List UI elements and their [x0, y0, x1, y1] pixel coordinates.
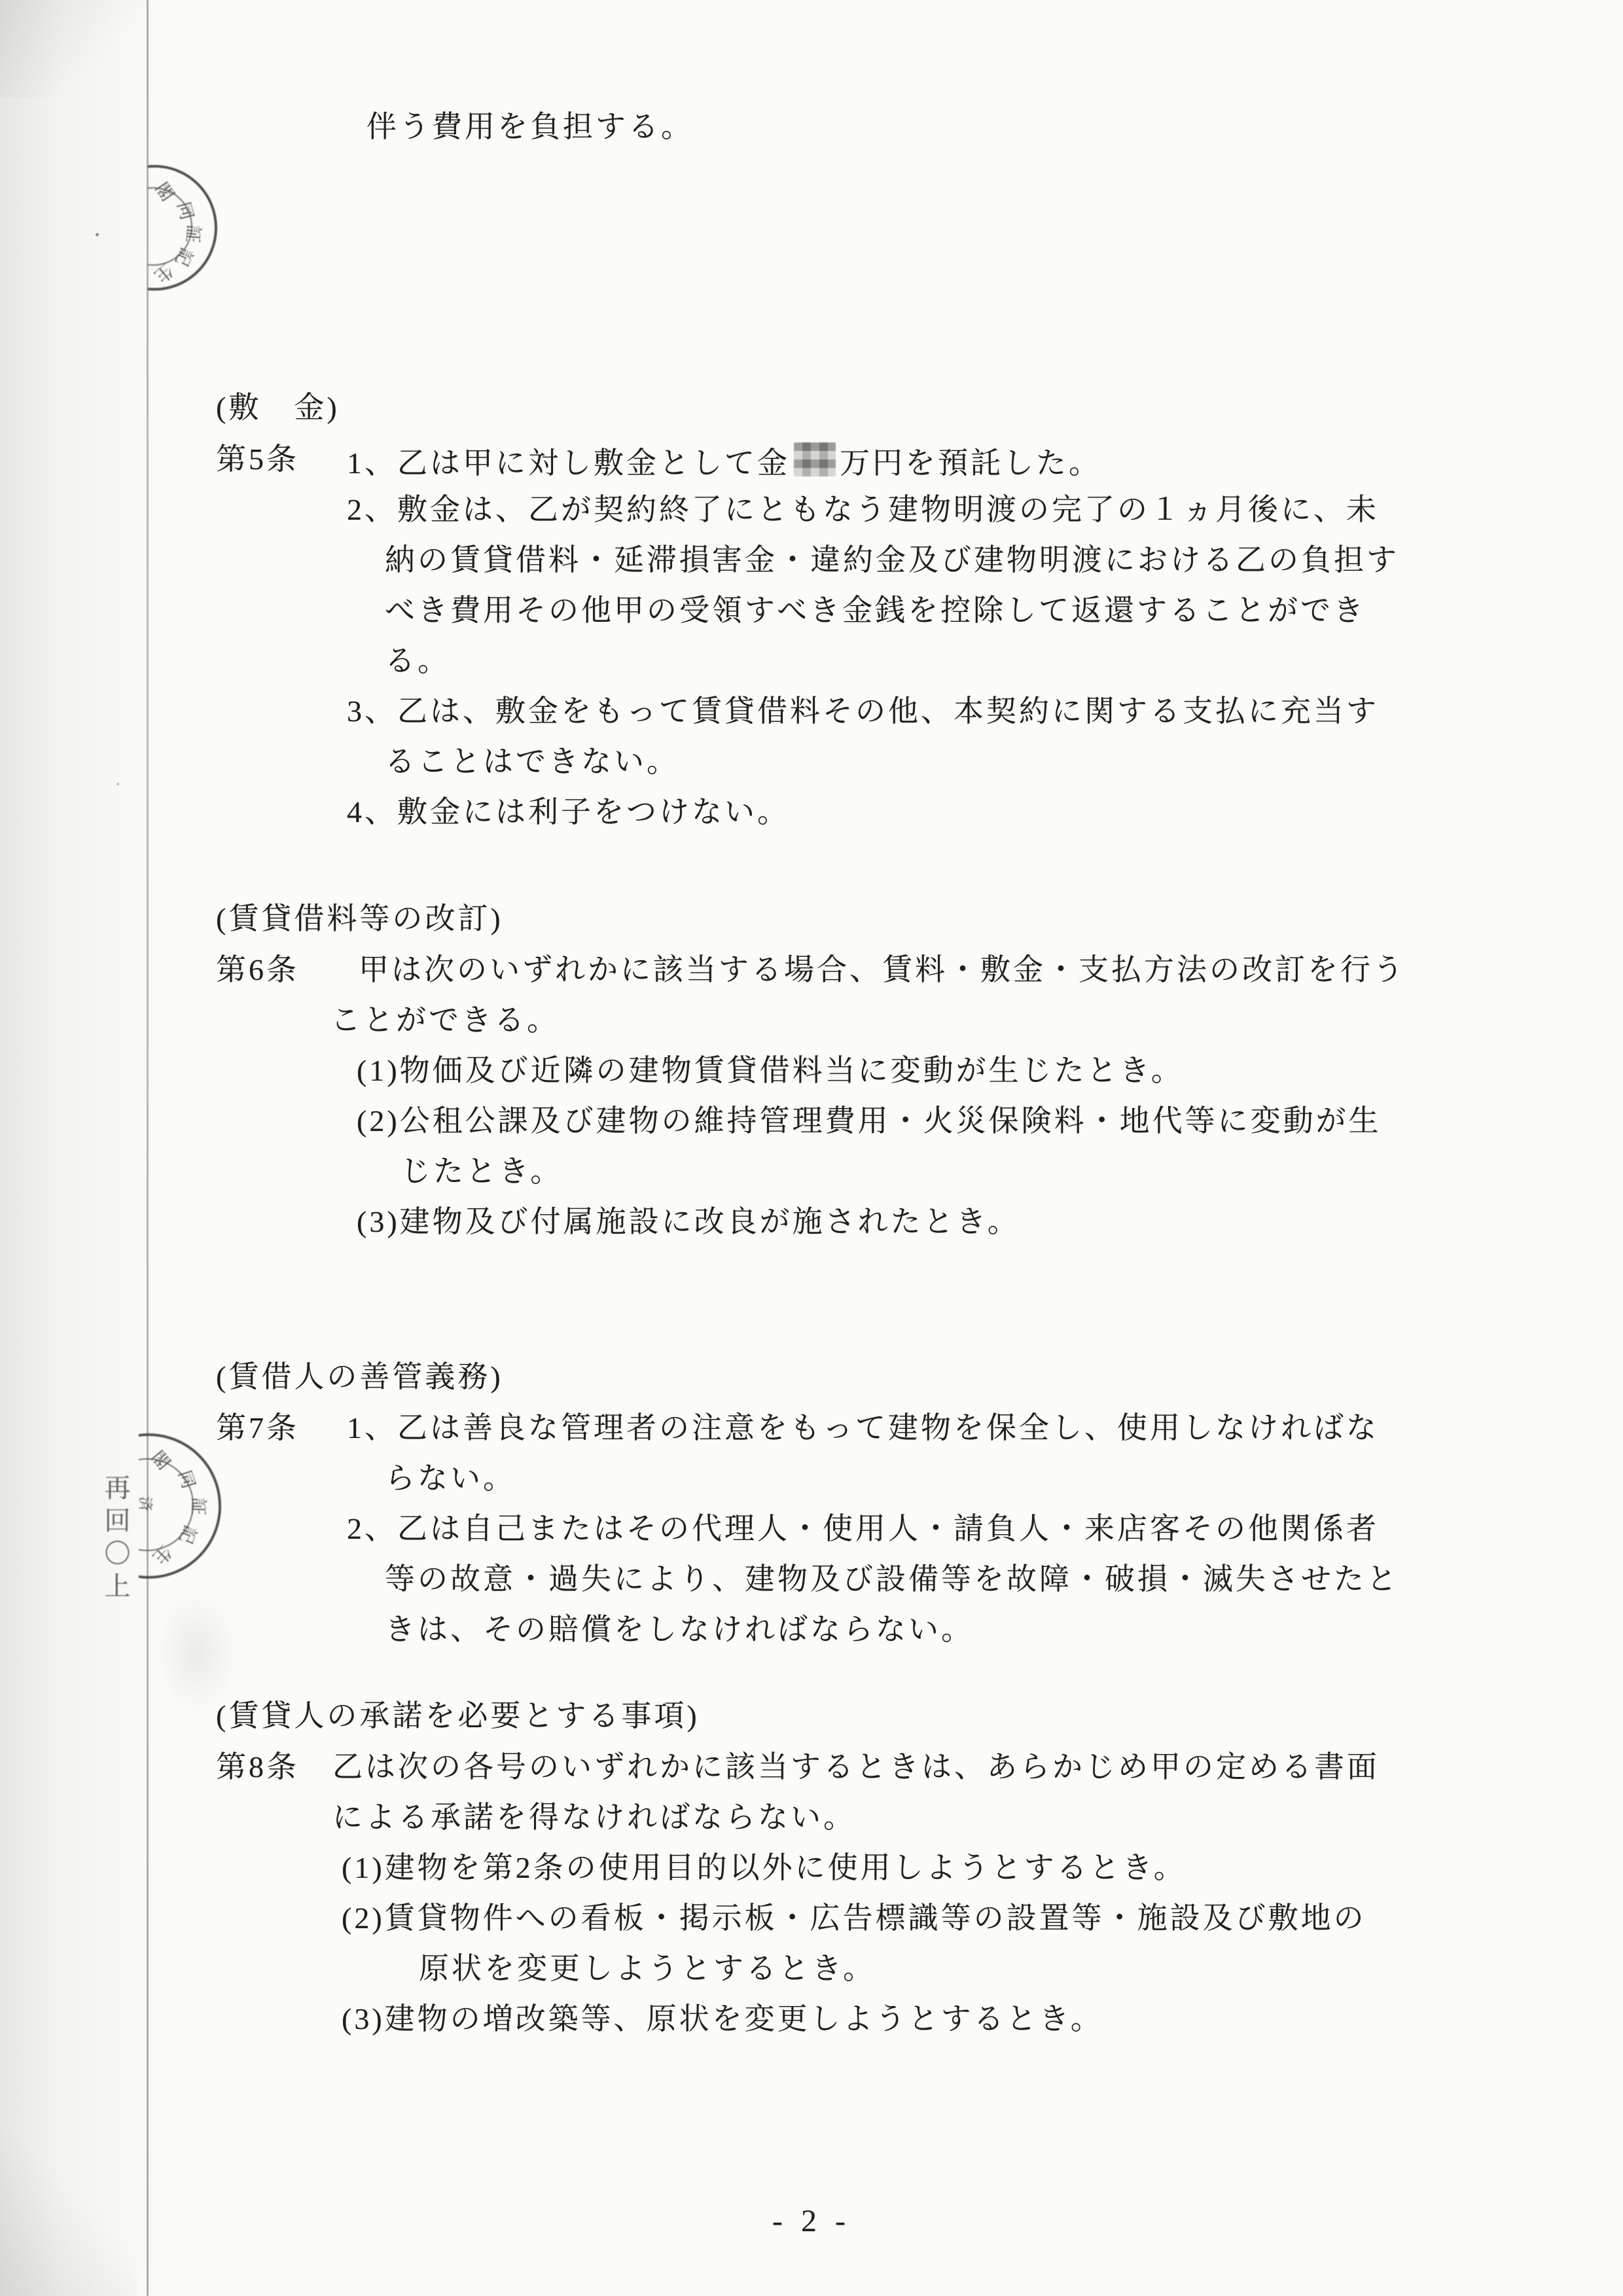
contract-line: 4、敷金には利子をつけない。	[347, 795, 790, 829]
seal-side-characters: 再回〇上	[97, 1474, 134, 1611]
scanned-contract-page: 閣 同 証 記 生 閣 同 証 記 生 済 再回〇上 伴う費用を負担する。 (敷…	[0, 0, 1623, 2296]
contract-line: (2)賃貸物件への看板・掲示板・広告標識等の設置等・施設及び敷地の	[342, 1901, 1366, 1935]
contract-line: 伴う費用を負担する。	[366, 110, 694, 144]
contract-line: 等の故意・過失により、建物及び設備等を故障・破損・滅失させたと	[385, 1562, 1399, 1596]
page-fold-line	[147, 0, 149, 2296]
page-number: - 2 -	[0, 2203, 1623, 2239]
contract-line: 2、乙は自己またはその代理人・使用人・請負人・来店客その他関係者	[347, 1512, 1379, 1546]
contract-line: 甲は次のいずれかに該当する場合、賃料・敷金・支払方法の改訂を行う	[359, 953, 1406, 987]
contract-line: 3、乙は、敷金をもって賃貸借料その他、本契約に関する支払に充当す	[347, 694, 1379, 728]
top-left-corner-shadow	[0, 0, 151, 98]
seal-glyph: 済	[139, 1496, 156, 1511]
section-heading-rent-revision: (賃貸借料等の改訂)	[216, 902, 503, 936]
contract-line: る。	[385, 644, 450, 678]
article5-label: 第5条	[216, 442, 299, 476]
faint-ink-ghost	[154, 1590, 240, 1715]
contract-line: じたとき。	[401, 1155, 563, 1189]
contract-line: (2)公租公課及び建物の維持管理費用・火災保険料・地代等に変動が生	[357, 1104, 1382, 1138]
contract-line: ことができる。	[330, 1003, 560, 1037]
contract-line: ることはできない。	[385, 745, 679, 779]
clause-text-before-redaction: 1、乙は甲に対し敷金として金	[347, 446, 790, 480]
contract-line: 乙は次の各号のいずれかに該当するときは、あらかじめ甲の定める書面	[332, 1750, 1380, 1784]
corner-seal-stamp-top: 閣 同 証 記 生	[148, 164, 217, 292]
section-heading-landlord-consent: (賃貸人の承諾を必要とする事項)	[216, 1699, 700, 1733]
contract-line: 1、乙は善良な管理者の注意をもって建物を保全し、使用しなければな	[347, 1411, 1379, 1445]
contract-line: (1)物価及び近隣の建物賃貸借料当に変動が生じたとき。	[357, 1054, 1184, 1088]
contract-line: (1)建物を第2条の使用目的以外に使用しようとするとき。	[342, 1851, 1186, 1885]
article6-label: 第6条	[216, 953, 299, 987]
contract-line: きは、その賠償をしなければならない。	[385, 1613, 974, 1647]
contract-line: (3)建物の増改築等、原状を変更しようとするとき。	[342, 2002, 1103, 2036]
scan-speck	[116, 783, 119, 785]
page-left-edge-shading	[0, 0, 152, 2296]
contract-line: べき費用その他甲の受領すべき金銭を控除して返還することができ	[385, 594, 1366, 628]
contract-line: による承諾を得なければならない。	[332, 1801, 856, 1835]
contract-line: 2、敷金は、乙が契約終了にともなう建物明渡の完了の１ヵ月後に、未	[347, 493, 1379, 527]
scan-speck	[96, 233, 99, 236]
article8-label: 第8条	[216, 1750, 299, 1784]
seal-glyph: 証	[187, 1497, 213, 1515]
clause-text-after-redaction: 万円を預託した。	[840, 446, 1101, 480]
article7-label: 第7条	[216, 1411, 299, 1445]
contract-line: 1、乙は甲に対し敷金として金万円を預託した。	[347, 442, 1101, 480]
contract-line: 原状を変更しようとするとき。	[419, 1952, 876, 1986]
corner-seal-stamp-middle: 閣 同 証 記 生 済	[139, 1431, 225, 1581]
section-heading-deposit: (敷 金)	[216, 391, 340, 425]
redacted-amount-mosaic	[794, 442, 836, 476]
section-heading-tenant-duty: (賃借人の善管義務)	[216, 1360, 503, 1394]
seal-glyph: 証	[181, 224, 208, 243]
contract-line: (3)建物及び付属施設に改良が施されたとき。	[357, 1205, 1020, 1239]
contract-line: らない。	[385, 1462, 516, 1496]
contract-line: 納の賃貸借料・延滞損害金・違約金及び建物明渡における乙の負担す	[385, 543, 1399, 577]
